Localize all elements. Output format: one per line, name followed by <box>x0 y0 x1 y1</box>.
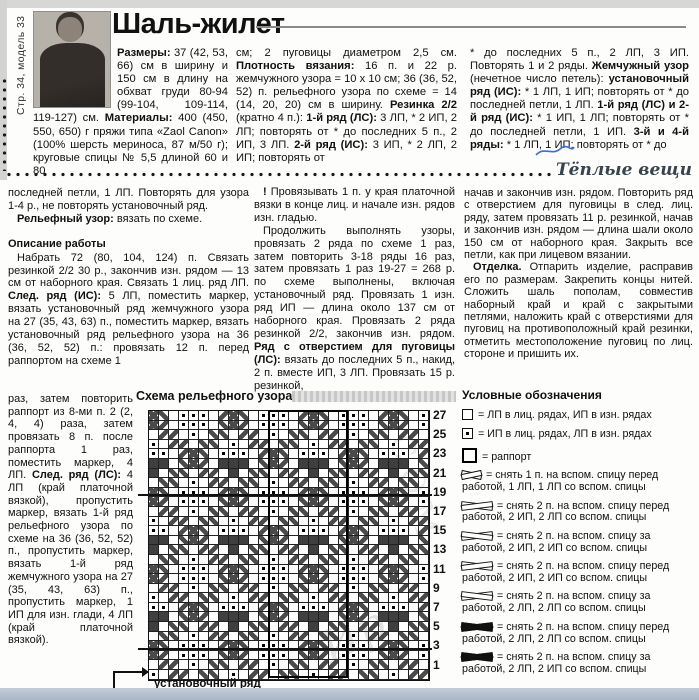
chart-cell <box>369 411 379 421</box>
chart-cell <box>279 421 289 431</box>
chart-cell <box>189 469 199 479</box>
chart-cell <box>189 536 199 546</box>
chart-cell <box>179 411 189 421</box>
chart-cell <box>409 526 419 536</box>
chart-cell <box>299 555 309 565</box>
chart-cell <box>179 622 189 632</box>
chart-row-labels: 27252321191715131197531 <box>433 410 455 680</box>
chart-cell <box>359 421 369 431</box>
chart-cell <box>359 430 369 440</box>
chart-cell <box>269 497 279 507</box>
chart-cell <box>349 411 359 421</box>
chart-cell <box>259 632 269 642</box>
chart-cell <box>269 459 279 469</box>
chart-cell <box>289 622 299 632</box>
chart-cell <box>179 469 189 479</box>
chart-cell <box>289 536 299 546</box>
chart-cell <box>309 632 319 642</box>
chart-cell <box>239 622 249 632</box>
chart-cell <box>269 555 279 565</box>
chart-cell <box>339 440 349 450</box>
chart-cell <box>299 632 309 642</box>
chart-cell <box>369 526 379 536</box>
cable-symbol-icon <box>462 470 481 479</box>
chart-cell <box>189 632 199 642</box>
chart-cell <box>379 536 389 546</box>
chart-cell <box>159 545 169 555</box>
chart-cell <box>309 565 319 575</box>
chart-cell <box>349 440 359 450</box>
chart-cell <box>169 545 179 555</box>
chart-cell <box>289 574 299 584</box>
chart-cell <box>269 469 279 479</box>
chart-cell <box>249 517 259 527</box>
chart-cell <box>359 478 369 488</box>
setup-row-arrowhead-icon <box>142 667 149 677</box>
chart-cell <box>259 507 269 517</box>
chart-cell <box>329 440 339 450</box>
chart-cell <box>309 421 319 431</box>
chart-cell <box>199 593 209 603</box>
chart-cell <box>349 555 359 565</box>
chart-cell <box>289 507 299 517</box>
chart-cell <box>399 411 409 421</box>
chart-cell <box>189 526 199 536</box>
chart-cell <box>379 593 389 603</box>
chart-cell <box>149 584 159 594</box>
chart-cell <box>279 565 289 575</box>
chart-cell <box>419 469 429 479</box>
chart-cell <box>349 545 359 555</box>
chart-cell <box>419 622 429 632</box>
chart-cell <box>149 651 159 661</box>
header-col-gauge-rib: см; 2 пуговицы диаметром 2,5 см. Плотнос… <box>236 47 457 165</box>
chart-cell <box>269 660 279 670</box>
legend-item: = снять 1 п. на вспом. спицу перед работ… <box>462 470 696 494</box>
chart-cell <box>189 660 199 670</box>
paragraph: начав и закончив изн. рядом. Повторить р… <box>464 187 693 261</box>
chart-cell <box>349 593 359 603</box>
chart-cell <box>289 593 299 603</box>
chart-cell <box>269 593 279 603</box>
chart-cell <box>149 430 159 440</box>
chart-cell <box>419 545 429 555</box>
chart-cell <box>149 411 159 421</box>
chart-cell <box>189 651 199 661</box>
chart-cell <box>209 632 219 642</box>
chart-cell <box>209 622 219 632</box>
chart-cell <box>319 622 329 632</box>
chart-cell <box>299 449 309 459</box>
chart-cell <box>379 440 389 450</box>
chart-cell <box>169 593 179 603</box>
chart-cell <box>299 612 309 622</box>
chart-cell <box>159 478 169 488</box>
sqbold-symbol-icon <box>462 448 477 463</box>
chart-cell <box>419 459 429 469</box>
chart-cell <box>209 430 219 440</box>
chart-cell <box>339 622 349 632</box>
chart-cell <box>309 651 319 661</box>
chart-cell <box>179 497 189 507</box>
chart-row-number: 1 <box>433 658 440 672</box>
chart-row-number: 25 <box>433 427 446 441</box>
body-col-right: начав и закончив изн. рядом. Повторить р… <box>464 187 693 361</box>
chart-cell <box>199 660 209 670</box>
legend-item: = снять 2 п. на вспом. спицу перед работ… <box>462 561 696 585</box>
chart-cell <box>159 497 169 507</box>
chart-cell <box>229 603 239 613</box>
chart-cell <box>259 584 269 594</box>
chart-cell <box>269 612 279 622</box>
chart-cell <box>399 507 409 517</box>
chart-cell <box>399 421 409 431</box>
chart-cell <box>169 574 179 584</box>
chart-cell <box>199 565 209 575</box>
chart-cell <box>259 545 269 555</box>
chart-cell <box>359 555 369 565</box>
chart-cell <box>289 469 299 479</box>
chart-cell <box>299 517 309 527</box>
chart-cell <box>379 478 389 488</box>
chart-cell <box>329 670 339 680</box>
chart-cell <box>209 612 219 622</box>
chart-cell <box>239 507 249 517</box>
chart-cell <box>379 469 389 479</box>
chart-cell <box>159 632 169 642</box>
chart-cell <box>149 440 159 450</box>
chart-cell <box>229 449 239 459</box>
chart-cell <box>199 440 209 450</box>
chart-cell <box>259 497 269 507</box>
chart-cell <box>289 651 299 661</box>
chart-cell <box>149 565 159 575</box>
chart-cell <box>389 507 399 517</box>
chart-cell <box>149 545 159 555</box>
chart-cell <box>339 612 349 622</box>
chart-cell <box>209 517 219 527</box>
chart-cell <box>359 593 369 603</box>
chart-cell <box>359 449 369 459</box>
chart-cell <box>219 574 229 584</box>
chart-cell <box>379 565 389 575</box>
chart-cell <box>329 603 339 613</box>
chart-cell <box>189 411 199 421</box>
chart-cell <box>269 565 279 575</box>
chart-cell <box>309 497 319 507</box>
chart-row-number: 19 <box>433 485 446 499</box>
chart-cell <box>199 574 209 584</box>
chart-cell <box>189 497 199 507</box>
chart-cell <box>289 517 299 527</box>
chart-cell <box>349 459 359 469</box>
chart-cell <box>379 421 389 431</box>
legend-item: = снять 2 п. на вспом. спицу за работой,… <box>462 591 696 615</box>
chart-cell <box>409 507 419 517</box>
chart-cell <box>329 459 339 469</box>
chart-cell <box>179 440 189 450</box>
chart-cell <box>379 670 389 680</box>
chart-cell <box>309 517 319 527</box>
chart-cell <box>249 536 259 546</box>
chart-cell <box>369 507 379 517</box>
chart-cell <box>319 670 329 680</box>
chart-cell <box>349 507 359 517</box>
chart-cell <box>239 497 249 507</box>
chart-cell <box>309 622 319 632</box>
chart-cell <box>279 430 289 440</box>
chart-cell <box>379 603 389 613</box>
chart-cell <box>409 574 419 584</box>
chart-cell <box>379 584 389 594</box>
chart-cell <box>189 622 199 632</box>
chart-cell <box>199 411 209 421</box>
chart-cell <box>209 574 219 584</box>
chart-cell <box>229 421 239 431</box>
chart-cell <box>369 478 379 488</box>
chart-cell <box>269 545 279 555</box>
chart-cell <box>299 622 309 632</box>
chart-cell <box>349 612 359 622</box>
chart-cell <box>389 670 399 680</box>
chart-cell <box>199 517 209 527</box>
chart-cell <box>189 555 199 565</box>
chart-cell <box>219 660 229 670</box>
chart-cell <box>199 449 209 459</box>
chart-cell <box>169 469 179 479</box>
header-col-pearl-pattern: * до последних 5 п., 2 ЛП, 3 ИП. Повторя… <box>470 47 689 152</box>
chart-cell <box>349 517 359 527</box>
chart-cell <box>159 526 169 536</box>
chart-cell <box>289 565 299 575</box>
chart-cell <box>419 411 429 421</box>
chart-cell <box>309 478 319 488</box>
chart-cell <box>239 536 249 546</box>
chart-cell <box>309 430 319 440</box>
sq-symbol-icon <box>462 409 473 420</box>
chart-cell <box>379 612 389 622</box>
chart-cell <box>309 459 319 469</box>
chart-cell <box>329 660 339 670</box>
chart-cell <box>279 411 289 421</box>
chart-cell <box>259 565 269 575</box>
chart-cell <box>359 469 369 479</box>
chart-cell <box>409 603 419 613</box>
chart-cell <box>389 536 399 546</box>
chart-cell <box>359 612 369 622</box>
chart-cell <box>409 430 419 440</box>
chart-cell <box>409 555 419 565</box>
chart-cell <box>359 517 369 527</box>
chart-cell <box>339 651 349 661</box>
chart-cell <box>199 536 209 546</box>
chart-cell <box>229 536 239 546</box>
chart-cell <box>269 603 279 613</box>
chart-cell <box>249 660 259 670</box>
chart-cell <box>339 517 349 527</box>
chart-cell <box>199 555 209 565</box>
chart-cell <box>379 517 389 527</box>
chart-cell <box>349 651 359 661</box>
chart-cell <box>319 507 329 517</box>
chart-cell <box>239 593 249 603</box>
chart-cell <box>389 545 399 555</box>
chart-cell <box>299 660 309 670</box>
chart-cell <box>219 555 229 565</box>
chart-cell <box>229 497 239 507</box>
chart-cell <box>149 526 159 536</box>
chart-cell <box>349 430 359 440</box>
chart-cell <box>269 478 279 488</box>
chart-cell <box>289 584 299 594</box>
chart-cell <box>179 507 189 517</box>
chart-cell <box>239 632 249 642</box>
chart-cell <box>299 478 309 488</box>
photo-flow-spacer <box>33 47 117 108</box>
chart-cell <box>399 478 409 488</box>
chart-cell <box>219 651 229 661</box>
chart-cell <box>419 507 429 517</box>
chart-cell <box>239 603 249 613</box>
chart-cell <box>209 603 219 613</box>
chart-cell <box>369 622 379 632</box>
chart-cell <box>169 507 179 517</box>
chart-cell <box>149 536 159 546</box>
chart-cell <box>379 574 389 584</box>
chart-cell <box>349 536 359 546</box>
paragraph: Продолжить выполнять узоры, провязать 2 … <box>254 225 455 393</box>
chart-cell <box>339 670 349 680</box>
chart-cell <box>379 459 389 469</box>
chart-cell <box>419 478 429 488</box>
chart-cell <box>339 430 349 440</box>
chart-cell <box>289 478 299 488</box>
chart-cell <box>379 430 389 440</box>
chart-cell <box>389 517 399 527</box>
chart-cell <box>279 545 289 555</box>
chart-cell <box>329 651 339 661</box>
chart-cell <box>389 411 399 421</box>
chart-cell <box>159 536 169 546</box>
cable-symbol-icon <box>462 501 492 510</box>
chart-cell <box>279 612 289 622</box>
chart-cell <box>369 459 379 469</box>
chart-cell <box>419 421 429 431</box>
chart-cell <box>249 565 259 575</box>
chart-cell <box>249 449 259 459</box>
chart-cell <box>409 536 419 546</box>
paragraph: Описание работы <box>8 238 249 251</box>
chart-cell <box>419 517 429 527</box>
chart-cell <box>399 440 409 450</box>
chart-cell <box>389 421 399 431</box>
chart-cell <box>379 660 389 670</box>
chart-row-number: 23 <box>433 446 446 460</box>
chart-cell <box>209 469 219 479</box>
chart-cell <box>419 593 429 603</box>
chart-cell <box>339 565 349 575</box>
legend-item: = снять 2 п. на вспом. спицу за работой,… <box>462 531 696 555</box>
chart-cell <box>219 565 229 575</box>
chart-cell <box>379 526 389 536</box>
chart-cell <box>159 421 169 431</box>
chart-cell <box>309 449 319 459</box>
chart-cell <box>319 660 329 670</box>
chart-cell <box>339 603 349 613</box>
chart-cell <box>339 660 349 670</box>
chart-cell <box>379 411 389 421</box>
chart-cell <box>419 670 429 680</box>
chart-cell <box>159 555 169 565</box>
chart-cell <box>199 651 209 661</box>
chart-cell <box>209 555 219 565</box>
chart-cell <box>179 555 189 565</box>
chart-cell <box>409 622 419 632</box>
chart-cell <box>229 574 239 584</box>
repeat-line-bottom <box>138 648 432 650</box>
chart-cell <box>189 574 199 584</box>
chart-cell <box>219 622 229 632</box>
chart-cell <box>349 478 359 488</box>
chart-cell <box>409 497 419 507</box>
paragraph: раз, затем повторить раппорт из 8-ми п. … <box>8 393 133 647</box>
chart-cell <box>229 622 239 632</box>
chart-cell <box>289 459 299 469</box>
chart-cell <box>229 584 239 594</box>
chart-cell <box>149 612 159 622</box>
chart-cell <box>199 545 209 555</box>
chart-cell <box>239 411 249 421</box>
chart-cell <box>199 507 209 517</box>
chart-cell <box>179 574 189 584</box>
chart-cell <box>289 430 299 440</box>
chart-cell <box>209 507 219 517</box>
chart-cell <box>269 584 279 594</box>
chart-cell <box>149 449 159 459</box>
legend: Условные обозначения = ЛП в лиц. рядах, … <box>462 388 696 682</box>
chart-cell <box>389 651 399 661</box>
chart-cell <box>279 622 289 632</box>
chart-cell <box>369 593 379 603</box>
chart-cell <box>319 469 329 479</box>
chart-cell <box>279 478 289 488</box>
bottom-bar <box>0 688 699 700</box>
chart-cell <box>299 421 309 431</box>
chart-row-number: 9 <box>433 581 440 595</box>
chart-cell <box>269 651 279 661</box>
chart-cell <box>169 411 179 421</box>
chart-cell <box>369 632 379 642</box>
chart-cell <box>409 593 419 603</box>
chart-cell <box>279 603 289 613</box>
chart-cell <box>149 632 159 642</box>
chart-cell <box>249 574 259 584</box>
chart-cell <box>399 449 409 459</box>
chart-cell <box>259 651 269 661</box>
chart-cell <box>189 421 199 431</box>
chart-cell <box>169 622 179 632</box>
chart-cell <box>389 612 399 622</box>
chart-cell <box>259 555 269 565</box>
chart-cell <box>349 574 359 584</box>
chart-cell <box>399 574 409 584</box>
chart-cell <box>319 593 329 603</box>
chart-cell <box>209 660 219 670</box>
chart-cell <box>149 497 159 507</box>
chart-cell <box>359 536 369 546</box>
chart-cell <box>279 440 289 450</box>
chart-cell <box>149 622 159 632</box>
